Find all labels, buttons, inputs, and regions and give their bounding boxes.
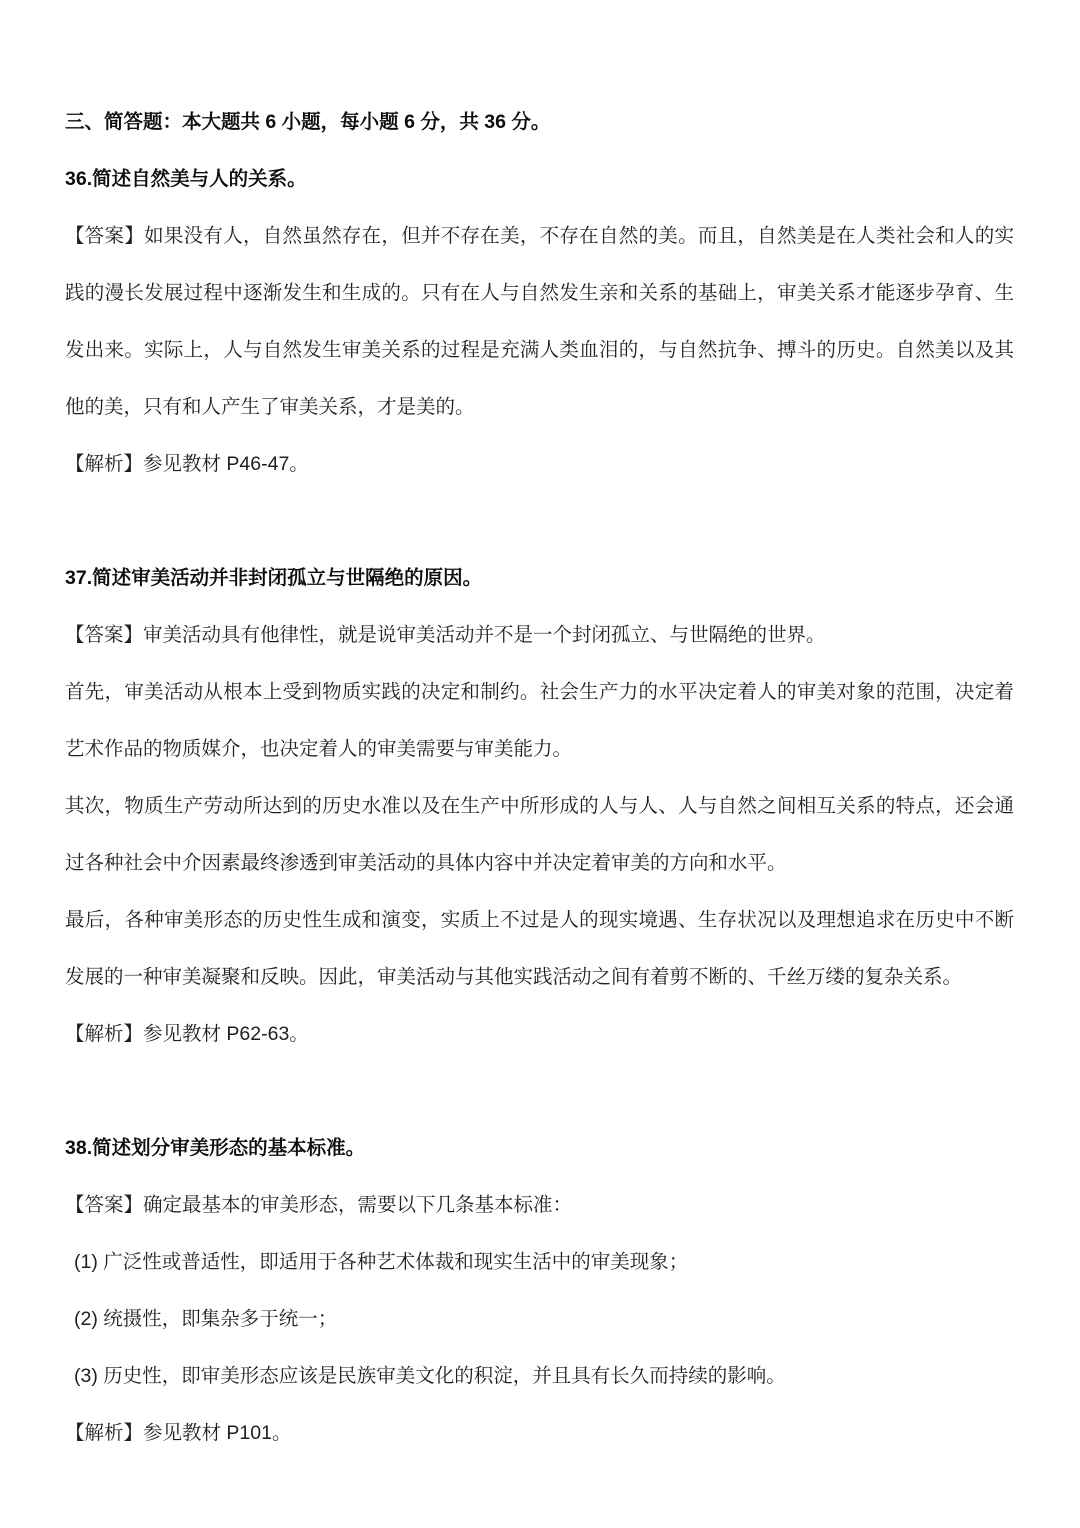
answer-paragraph: 【答案】确定最基本的审美形态，需要以下几条基本标准： [65,1177,1014,1234]
question-title: 37.简述审美活动并非封闭孤立与世隔绝的原因。 [65,550,1014,607]
answer-list-item-2: (2) 统摄性，即集杂多于统一； [65,1291,1014,1348]
analysis-line: 【解析】参见教材 P101。 [65,1405,1014,1462]
answer-paragraph: 最后，各种审美形态的历史性生成和演变，实质上不过是人的现实境遇、生存状况以及理想… [65,892,1014,1006]
answer-paragraph: 首先，审美活动从根本上受到物质实践的决定和制约。社会生产力的水平决定着人的审美对… [65,664,1014,778]
answer-paragraph: 【答案】如果没有人，自然虽然存在，但并不存在美，不存在自然的美。而且，自然美是在… [65,208,1014,436]
question-block-38: 38.简述划分审美形态的基本标准。 【答案】确定最基本的审美形态，需要以下几条基… [65,1120,1014,1462]
question-block-37: 37.简述审美活动并非封闭孤立与世隔绝的原因。 【答案】审美活动具有他律性，就是… [65,550,1014,1063]
question-block-36: 36.简述自然美与人的关系。 【答案】如果没有人，自然虽然存在，但并不存在美，不… [65,151,1014,493]
question-title: 38.简述划分审美形态的基本标准。 [65,1120,1014,1177]
question-title: 36.简述自然美与人的关系。 [65,151,1014,208]
analysis-line: 【解析】参见教材 P62-63。 [65,1006,1014,1063]
document-page: 三、简答题：本大题共 6 小题，每小题 6 分，共 36 分。 36.简述自然美… [0,0,1080,1528]
analysis-line: 【解析】参见教材 P46-47。 [65,436,1014,493]
section-header: 三、简答题：本大题共 6 小题，每小题 6 分，共 36 分。 [65,94,1014,151]
answer-paragraph: 【答案】审美活动具有他律性，就是说审美活动并不是一个封闭孤立、与世隔绝的世界。 [65,607,1014,664]
answer-list-item-3: (3) 历史性，即审美形态应该是民族审美文化的积淀，并且具有长久而持续的影响。 [65,1348,1014,1405]
answer-list-item-1: (1) 广泛性或普适性，即适用于各种艺术体裁和现实生活中的审美现象； [65,1234,1014,1291]
answer-paragraph: 其次，物质生产劳动所达到的历史水准以及在生产中所形成的人与人、人与自然之间相互关… [65,778,1014,892]
